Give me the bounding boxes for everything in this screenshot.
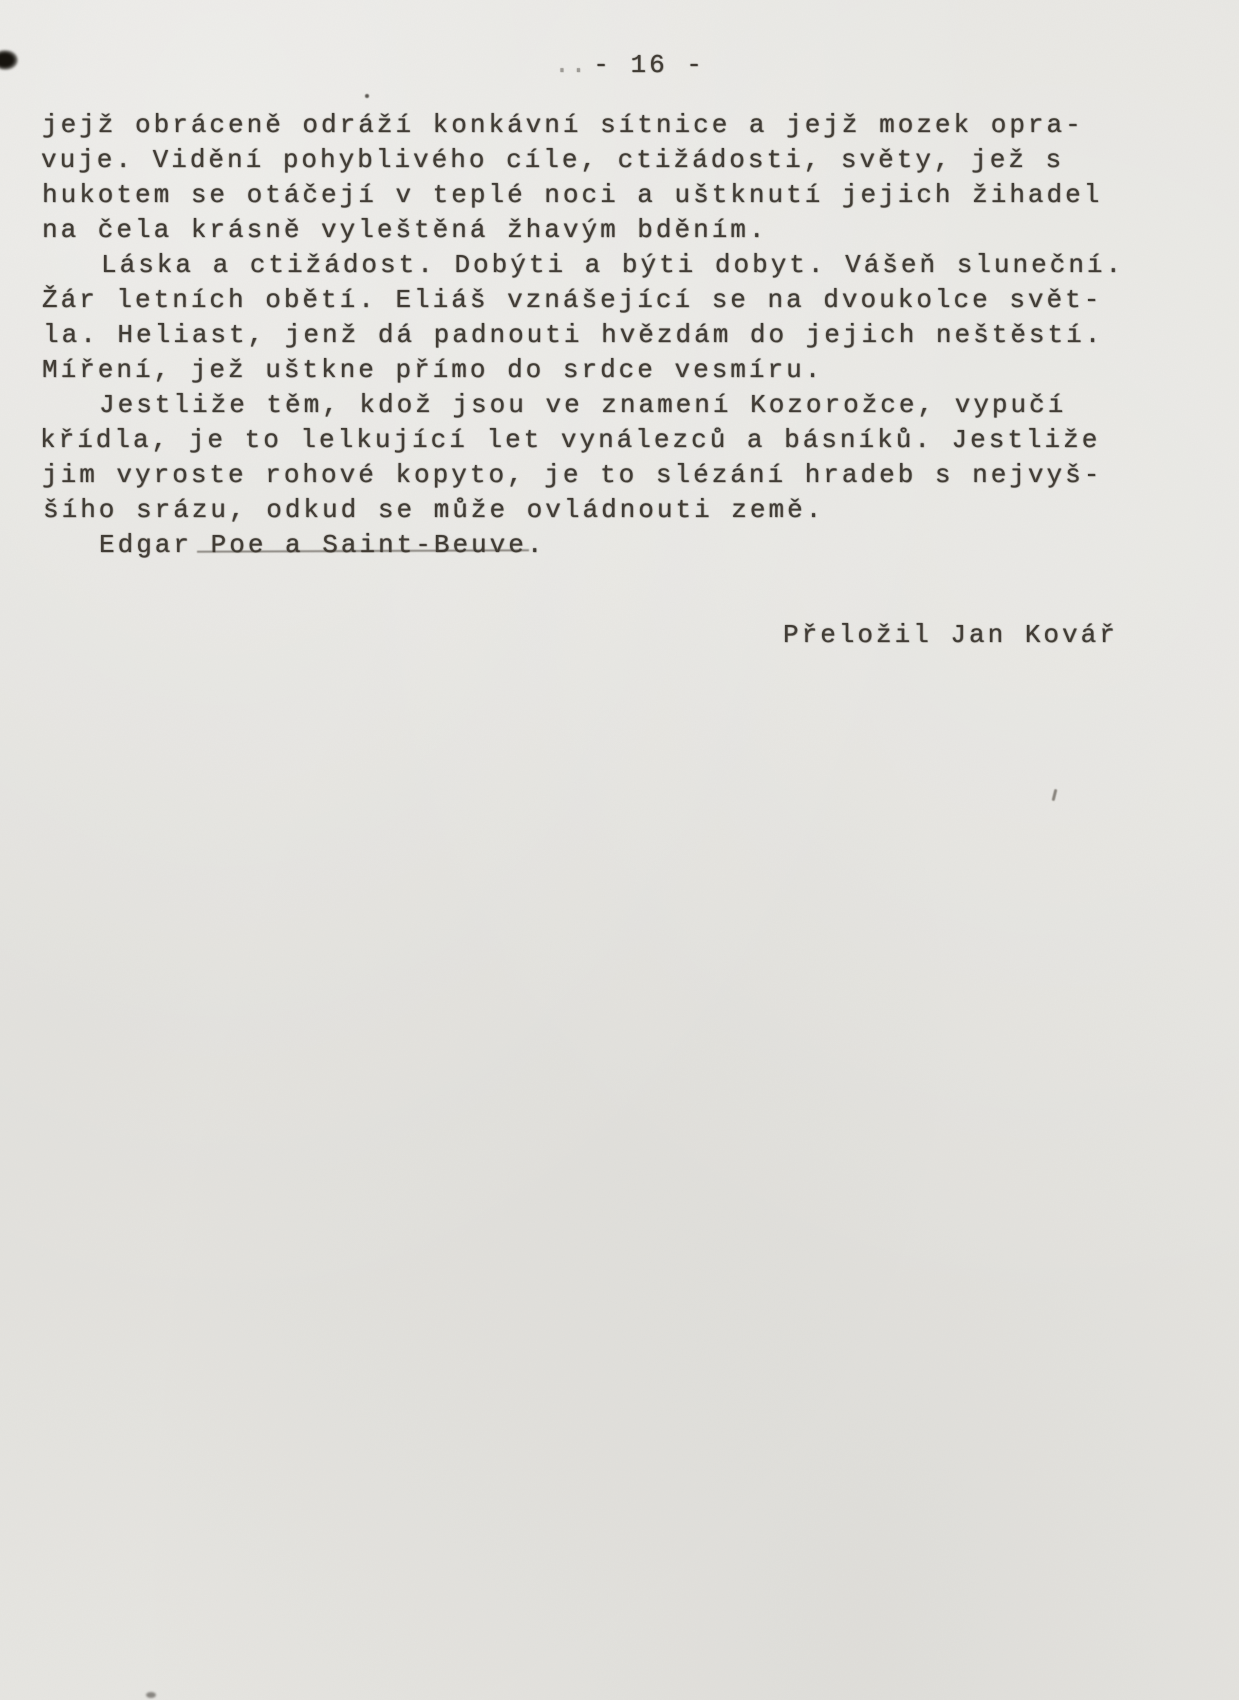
text-line: křídla, je to lelkující let vynálezců a … — [40, 425, 1170, 460]
text-line: Láska a ctižádost. Dobýti a býti dobyt. … — [44, 250, 1174, 285]
text-line: la. Heliast, jenž dá padnouti hvězdám do… — [43, 320, 1173, 355]
paper-speck — [365, 94, 369, 98]
text-line: vuje. Vidění pohyblivého cíle, ctižádost… — [41, 145, 1171, 180]
text-line: hukotem se otáčejí v teplé noci a uštknu… — [42, 180, 1172, 215]
text-line: Jestliže těm, kdož jsou ve znamení Kozor… — [42, 390, 1172, 425]
ink-smudge: .. — [554, 50, 587, 80]
text-line: šího srázu, odkud se může ovládnouti zem… — [43, 495, 1173, 530]
text-line: Míření, jež uštkne přímo do srdce vesmír… — [42, 355, 1172, 390]
paper-speck — [1052, 789, 1058, 801]
attribution-struck-text: Poe a Saint-Beuve — [211, 530, 527, 560]
scanned-typewritten-page: ..- 16 - jejž obráceně odráží konkávní s… — [0, 0, 1239, 1700]
text-line: jejž obráceně odráží konkávní sítnice a … — [42, 110, 1172, 145]
text-line: na čela krásně vyleštěná žhavým bděním. — [42, 215, 1172, 250]
page-number: ..- 16 - — [10, 50, 1239, 80]
text-line: jim vyroste rohové kopyto, je to slézání… — [42, 460, 1172, 495]
typewritten-text-block: jejž obráceně odráží konkávní sítnice a … — [42, 110, 1172, 565]
text-line: Žár letních obětí. Eliáš vznášející se n… — [42, 285, 1172, 320]
attribution-line: Edgar Poe a Saint-Beuve. — [42, 530, 1172, 565]
translator-credit: Přeložil Jan Kovář — [783, 620, 1118, 650]
paper-speck — [146, 1692, 156, 1698]
attribution-suffix: . — [527, 530, 546, 560]
attribution-prefix: Edgar — [99, 530, 211, 560]
page-number-label: - 16 - — [593, 50, 705, 80]
